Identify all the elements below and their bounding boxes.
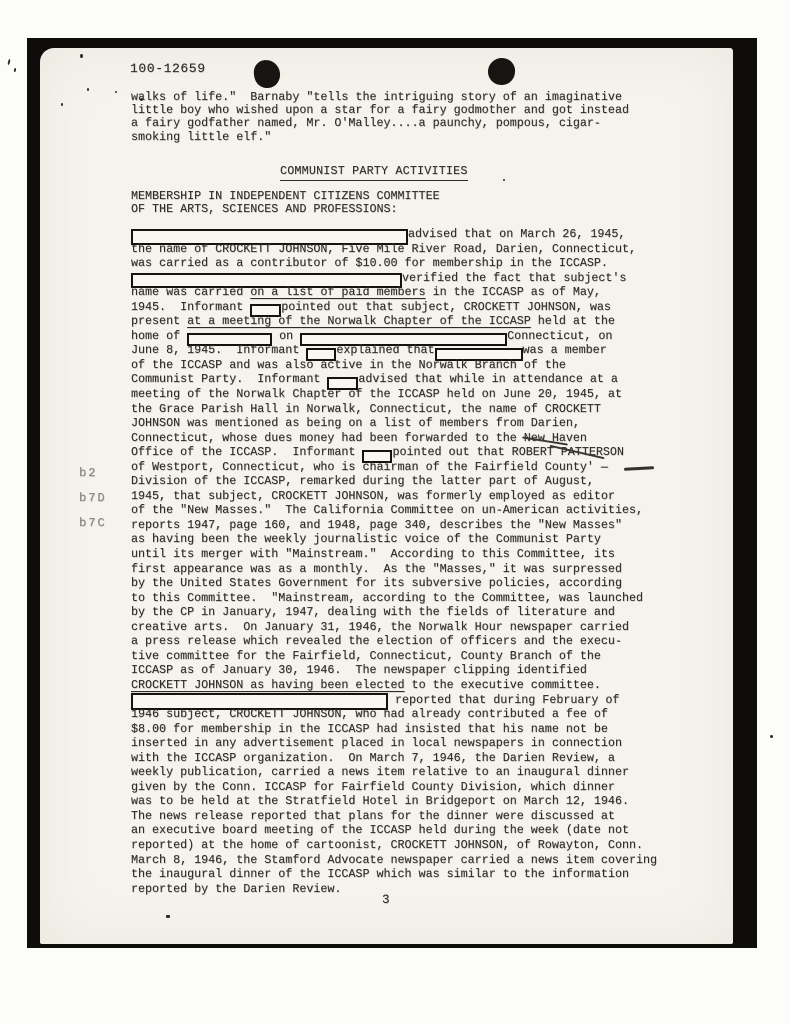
body-paragraph: advised that on March 26, 1945,the name …: [131, 227, 657, 896]
text-segment: Office of the ICCASP. Informant: [131, 445, 362, 459]
text-segment: The news release reported that plans for…: [131, 809, 615, 823]
document-line: CROCKETT JOHNSON as having been elected …: [131, 678, 657, 693]
text-segment: was carried as a contributor of $10.00 f…: [131, 256, 608, 270]
text-segment: the Grace Parish Hall in Norwalk, Connec…: [131, 402, 601, 416]
text-segment: an executive board meeting of the ICCASP…: [131, 823, 629, 837]
text-segment: creative arts. On January 31, 1946, the …: [131, 620, 629, 634]
text-segment: pointed out that subject, CROCKETT JOHNS…: [281, 300, 611, 314]
text-segment: given by the Conn. ICCASP for Fairfield …: [131, 780, 615, 794]
subsection-heading-line: OF THE ARTS, SCIENCES AND PROFESSIONS:: [131, 203, 440, 216]
text-segment: of the ICCASP and was also active in the…: [131, 358, 566, 372]
text-segment: Communist Party. Informant: [131, 372, 327, 386]
text-segment: ICCASP as of January 30, 1946. The newsp…: [131, 663, 587, 677]
text-segment: 1946 subject, CROCKETT JOHNSON, who had …: [131, 707, 608, 721]
document-line: a press release which revealed the elect…: [131, 634, 657, 649]
text-segment: weekly publication, carried a news item …: [131, 765, 629, 779]
scan-speck: [7, 59, 10, 65]
text-segment: reported) at the home of cartoonist, CRO…: [131, 838, 643, 852]
text-segment: March 8, 1946, the Stamford Advocate new…: [131, 853, 657, 867]
document-line: a fairy godfather named, Mr. O'Malley...…: [131, 117, 629, 130]
text-segment: meeting of the Norwalk Chapter of the IC…: [131, 387, 622, 401]
text-segment: name was carried: [131, 285, 250, 299]
document-line: reported) at the home of cartoonist, CRO…: [131, 838, 657, 853]
document-line: home of on Connecticut, on: [131, 329, 657, 344]
text-segment: first appearance was as a monthly. As th…: [131, 562, 622, 576]
document-line: 1946 subject, CROCKETT JOHNSON, who had …: [131, 707, 657, 722]
document-line: by the United States Government for its …: [131, 576, 657, 591]
scan-speck: [14, 68, 17, 72]
document-line: reports 1947, page 160, and 1948, page 3…: [131, 518, 657, 533]
text-segment: by the CP in January, 1947, dealing with…: [131, 605, 615, 619]
document-line: with the ICCASP organization. On March 7…: [131, 751, 657, 766]
text-segment: 1945. Informant: [131, 300, 250, 314]
text-segment: as having been the weekly journalistic v…: [131, 532, 601, 546]
text-segment: advised that on March 26, 1945,: [408, 227, 625, 241]
text-segment: was to be held at the Stratfield Hotel i…: [131, 794, 629, 808]
text-segment: reported by the Darien Review.: [131, 882, 341, 896]
scan-speck: [80, 54, 83, 58]
document-line: smoking little elf.": [131, 131, 629, 144]
underlined-text: at a meeting of the Norwalk Chapter of t…: [187, 314, 531, 328]
hole-punch-mark: [487, 57, 516, 86]
text-segment: advised that while in attendance at a: [358, 372, 618, 386]
text-segment: Connecticut, whose dues money had been f…: [131, 431, 587, 445]
intro-paragraph: walks of life." Barnaby "tells the intri…: [131, 91, 629, 144]
text-segment: with the ICCASP organization. On March 7…: [131, 751, 615, 765]
text-segment: in the ICCASP as of May,: [426, 285, 601, 299]
underlined-text: CROCKETT JOHNSON as having been elected: [131, 678, 405, 692]
exemption-code-b7c: b7C: [79, 516, 107, 530]
text-segment: of the "New Masses." The California Comm…: [131, 503, 643, 517]
text-segment: to this Committee. "Mainstream, accordin…: [131, 591, 643, 605]
text-segment: held at the: [531, 314, 615, 328]
document-line: present at a meeting of the Norwalk Chap…: [131, 314, 657, 329]
text-segment: was a member: [523, 343, 607, 357]
scan-speck: [166, 915, 170, 918]
section-heading: COMMUNIST PARTY ACTIVITIES: [280, 164, 468, 181]
document-line: $8.00 for membership in the ICCASP had i…: [131, 722, 657, 737]
subsection-heading: MEMBERSHIP IN INDEPENDENT CITIZENS COMMI…: [131, 190, 440, 216]
page-number: 3: [382, 893, 390, 907]
document-line: given by the Conn. ICCASP for Fairfield …: [131, 780, 657, 795]
text-segment: a press release which revealed the elect…: [131, 634, 622, 648]
document-line: Division of the ICCASP, remarked during …: [131, 474, 657, 489]
document-line: verified the fact that subject's: [131, 271, 657, 286]
text-segment: to the executive committee.: [405, 678, 601, 692]
text-segment: reports 1947, page 160, and 1948, page 3…: [131, 518, 622, 532]
text-segment: pointed out that ROBERT PATTERSON: [392, 445, 623, 459]
text-segment: the inaugural dinner of the ICCASP which…: [131, 867, 629, 881]
document-line: of Westport, Connecticut, who is chairma…: [131, 460, 657, 475]
document-line: until its merger with "Mainstream." Acco…: [131, 547, 657, 562]
text-segment: the name of CROCKETT JOHNSON, Five Mile …: [131, 242, 636, 256]
document-line: ICCASP as of January 30, 1946. The newsp…: [131, 663, 657, 678]
document-line: first appearance was as a monthly. As th…: [131, 562, 657, 577]
document-line: reported that during February of: [131, 693, 657, 708]
exemption-code-b2: b2: [79, 466, 97, 480]
text-segment: inserted in any advertisement placed in …: [131, 736, 622, 750]
text-segment: $8.00 for membership in the ICCASP had i…: [131, 722, 608, 736]
document-line: was carried as a contributor of $10.00 f…: [131, 256, 657, 271]
document-content: 100-12659 walks of life." Barnaby "tells…: [0, 0, 791, 1024]
text-segment: home of: [131, 329, 187, 343]
underlined-text: on a list of paid members: [250, 285, 425, 299]
document-line: JOHNSON was mentioned as being on a list…: [131, 416, 657, 431]
text-segment: 1945, that subject, CROCKETT JOHNSON, wa…: [131, 489, 615, 503]
document-line: name was carried on a list of paid membe…: [131, 285, 657, 300]
document-line: inserted in any advertisement placed in …: [131, 736, 657, 751]
scan-speck: [61, 103, 63, 106]
text-segment: until its merger with "Mainstream." Acco…: [131, 547, 615, 561]
scan-speck: [115, 91, 117, 93]
document-line: 1945, that subject, CROCKETT JOHNSON, wa…: [131, 489, 657, 504]
text-segment: by the United States Government for its …: [131, 576, 622, 590]
scan-speck: [503, 179, 505, 181]
document-line: by the CP in January, 1947, dealing with…: [131, 605, 657, 620]
document-line: the inaugural dinner of the ICCASP which…: [131, 867, 657, 882]
document-line: of the ICCASP and was also active in the…: [131, 358, 657, 373]
document-line: meeting of the Norwalk Chapter of the IC…: [131, 387, 657, 402]
document-line: The news release reported that plans for…: [131, 809, 657, 824]
text-segment: on: [272, 329, 300, 343]
text-segment: present: [131, 314, 187, 328]
text-segment: JOHNSON was mentioned as being on a list…: [131, 416, 580, 430]
exemption-code-b7d: b7D: [79, 491, 107, 505]
document-line: advised that on March 26, 1945,: [131, 227, 657, 242]
document-line: to this Committee. "Mainstream, accordin…: [131, 591, 657, 606]
document-line: reported by the Darien Review.: [131, 882, 657, 897]
document-line: weekly publication, carried a news item …: [131, 765, 657, 780]
document-line: Connecticut, whose dues money had been f…: [131, 431, 657, 446]
document-line: Communist Party. Informant advised that …: [131, 372, 657, 387]
document-line: of the "New Masses." The California Comm…: [131, 503, 657, 518]
file-number: 100-12659: [130, 61, 206, 76]
document-line: tive committee for the Fairfield, Connec…: [131, 649, 657, 664]
scan-speck: [770, 735, 773, 738]
document-line: the name of CROCKETT JOHNSON, Five Mile …: [131, 242, 657, 257]
document-line: March 8, 1946, the Stamford Advocate new…: [131, 853, 657, 868]
text-segment: explained that: [336, 343, 434, 357]
text-segment: Connecticut, on: [507, 329, 612, 343]
hole-punch-mark: [252, 59, 281, 90]
document-line: the Grace Parish Hall in Norwalk, Connec…: [131, 402, 657, 417]
document-line: June 8, 1945. Informant explained thatwa…: [131, 343, 657, 358]
text-segment: Division of the ICCASP, remarked during …: [131, 474, 594, 488]
document-line: an executive board meeting of the ICCASP…: [131, 823, 657, 838]
text-segment: tive committee for the Fairfield, Connec…: [131, 649, 601, 663]
document-line: creative arts. On January 31, 1946, the …: [131, 620, 657, 635]
text-segment: reported that during February of: [388, 693, 619, 707]
scan-speck: [87, 88, 89, 91]
scan-speck: [140, 98, 143, 101]
text-segment: June 8, 1945. Informant: [131, 343, 306, 357]
document-line: 1945. Informant pointed out that subject…: [131, 300, 657, 315]
document-line: as having been the weekly journalistic v…: [131, 532, 657, 547]
text-segment: verified the fact that subject's: [402, 271, 626, 285]
document-line: was to be held at the Stratfield Hotel i…: [131, 794, 657, 809]
text-segment: of Westport, Connecticut, who is chairma…: [131, 460, 608, 474]
